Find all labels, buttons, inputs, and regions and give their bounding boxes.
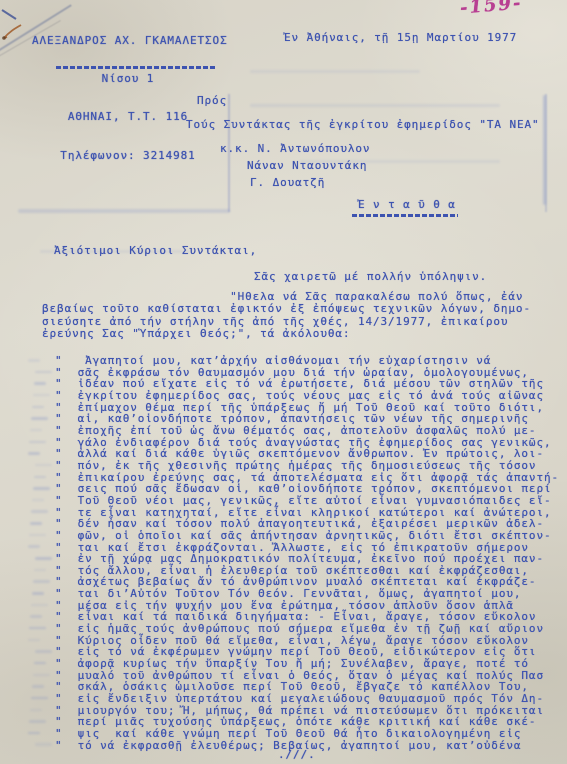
bleed-through-dash bbox=[33, 580, 50, 583]
handwritten-page-number: -159- bbox=[460, 0, 523, 15]
bleed-through-dash bbox=[34, 569, 46, 572]
quoted-line: " Ἀγαπητοί μου, κατ’ἀρχήν αἰσθάνομαι τήν… bbox=[55, 355, 559, 367]
quoted-line: " εἰς ἡμᾶς τούς ἀνθρώπους πού σήμερα εἴμ… bbox=[55, 623, 559, 635]
bleed-through-dash bbox=[30, 615, 42, 618]
bleed-through-streak bbox=[250, 104, 500, 107]
bleed-through-dash bbox=[31, 604, 48, 607]
quoted-line: " εἰς ἔνδειξιν ὑπερτάτου καί μεγαλειώδου… bbox=[55, 693, 559, 705]
recipient-name: Νάναν Νταουντάκη bbox=[247, 160, 367, 172]
bleed-through-dash bbox=[34, 382, 46, 385]
end-of-page-mark: .///. bbox=[278, 749, 316, 761]
bleed-through-dash bbox=[35, 371, 52, 374]
recipient-place: Ἐ ν τ α ῦ θ α bbox=[358, 199, 456, 211]
quoted-line: " Τοῦ Θεοῦ νέοι μας, γενικῶς, εἴτε αὐτοί… bbox=[55, 495, 559, 507]
quoted-line: " φῶν, οἱ ὁποῖοι καί σᾶς ἀπήντησαν ἀρνητ… bbox=[55, 530, 559, 542]
bleed-through-dash bbox=[35, 650, 52, 653]
intro-paragraph: "Ηθελα νά Σᾶς παρακαλέσω πολύ ὅπως, ἐάνβ… bbox=[42, 291, 531, 340]
bleed-through-dash bbox=[32, 592, 44, 595]
quoted-line: " ἐποχῆς ἐπί τοῦ ὡς ἄνω θέματός σας, ἀπο… bbox=[55, 425, 559, 437]
bleed-through-dash bbox=[28, 732, 40, 735]
sender-street: Νίσου 1 bbox=[32, 73, 224, 86]
bleed-through-dash bbox=[29, 441, 46, 444]
bleed-through-dash bbox=[30, 522, 42, 525]
bleed-through-streak bbox=[250, 70, 420, 73]
bleed-through-dash bbox=[28, 359, 40, 362]
quoted-line: " πόν, ἐκ τῆς χθεσινῆς πρώτης ἡμέρας τῆς… bbox=[55, 460, 559, 472]
bleed-through-dash bbox=[28, 639, 40, 642]
bleed-through-dash bbox=[29, 627, 46, 630]
sender-name: ΑΛΕΞΑΝΔΡΟΣ ΑΧ. ΓΚΑΜΑΛΕΤΣΟΣ bbox=[32, 35, 224, 48]
date-line: Ἐν Ἀθήναις, τῇ 15ῃ Μαρτίου 1977 bbox=[284, 32, 517, 44]
recipient-name: Γ. Δουατζῆ bbox=[250, 177, 325, 189]
recipient-name: κ.κ. Ν. Ἀντωνόπουλον bbox=[220, 143, 370, 155]
bleed-through-dash bbox=[30, 429, 42, 432]
bleed-through-dash bbox=[28, 452, 40, 455]
recipient-organization: Τούς Συντάκτας τῆς ἐγκρίτου ἐφημερίδος "… bbox=[186, 119, 540, 131]
bleed-through-dash bbox=[35, 464, 52, 467]
bleed-through-dash bbox=[29, 534, 46, 537]
quoted-line: " ἐγκρίτου ἐφημερίδος σας, τούς νέους μα… bbox=[55, 390, 559, 402]
header-underline bbox=[56, 66, 216, 69]
quoted-line: " ἀφορᾷ κυρίως τήν ὕπαρξίν Του ἤ μή; Συν… bbox=[55, 658, 559, 670]
bleed-through-dash bbox=[32, 685, 44, 688]
sender-phone: Τηλέφωνον: 3214981 bbox=[32, 150, 224, 163]
bleed-through-dash bbox=[30, 709, 42, 712]
bleed-through-dash bbox=[35, 557, 52, 560]
bleed-through-dash bbox=[33, 487, 50, 490]
bleed-through-dash bbox=[35, 743, 52, 746]
bleed-through-dash bbox=[32, 499, 44, 502]
bleed-through-dash bbox=[32, 406, 44, 409]
bleed-through-dash bbox=[33, 394, 50, 397]
bleed-through-dash bbox=[28, 545, 40, 548]
bleed-through-dash bbox=[31, 417, 48, 420]
bleed-through-streak bbox=[18, 209, 230, 213]
sender-block: ΑΛΕΞΑΝΔΡΟΣ ΑΧ. ΓΚΑΜΑΛΕΤΣΟΣ Νίσου 1 ΑΘΗΝΑ… bbox=[32, 9, 224, 188]
bleed-through-dash bbox=[34, 662, 46, 665]
recipient-heading: Πρός bbox=[197, 95, 227, 107]
letter-page: ΑΛΕΞΑΝΔΡΟΣ ΑΧ. ΓΚΑΜΑΛΕΤΣΟΣ Νίσου 1 ΑΘΗΝΑ… bbox=[0, 0, 567, 764]
intro-line: βεβαίως τοῦτο καθίσταται ἐφικτόν ἐξ ἐπόψ… bbox=[42, 303, 531, 315]
salutation: Ἀξιότιμοι Κύριοι Συντάκται, bbox=[54, 245, 257, 257]
greeting-line: Σᾶς χαιρετῶ μέ πολλήν ὑπόληψιν. bbox=[254, 271, 487, 283]
bleed-through-dash bbox=[31, 510, 48, 513]
bleed-through-dash bbox=[31, 697, 48, 700]
bleed-through-line bbox=[543, 95, 546, 205]
bleed-through-dash bbox=[34, 476, 46, 479]
place-underline bbox=[352, 214, 458, 217]
quoted-line: " ψις καί κάθε γνώμη περί Τοῦ Θεοῦ θά ἦτ… bbox=[55, 728, 559, 740]
intro-line: ἐρεύνης Σας "Ὑπάρχει Θεός;", τά ἀκόλουθα… bbox=[42, 328, 531, 340]
quoted-letter-body: " Ἀγαπητοί μου, κατ’ἀρχήν αἰσθάνομαι τήν… bbox=[55, 355, 559, 751]
bleed-through-dash bbox=[29, 720, 46, 723]
bleed-through-dash bbox=[33, 674, 50, 677]
